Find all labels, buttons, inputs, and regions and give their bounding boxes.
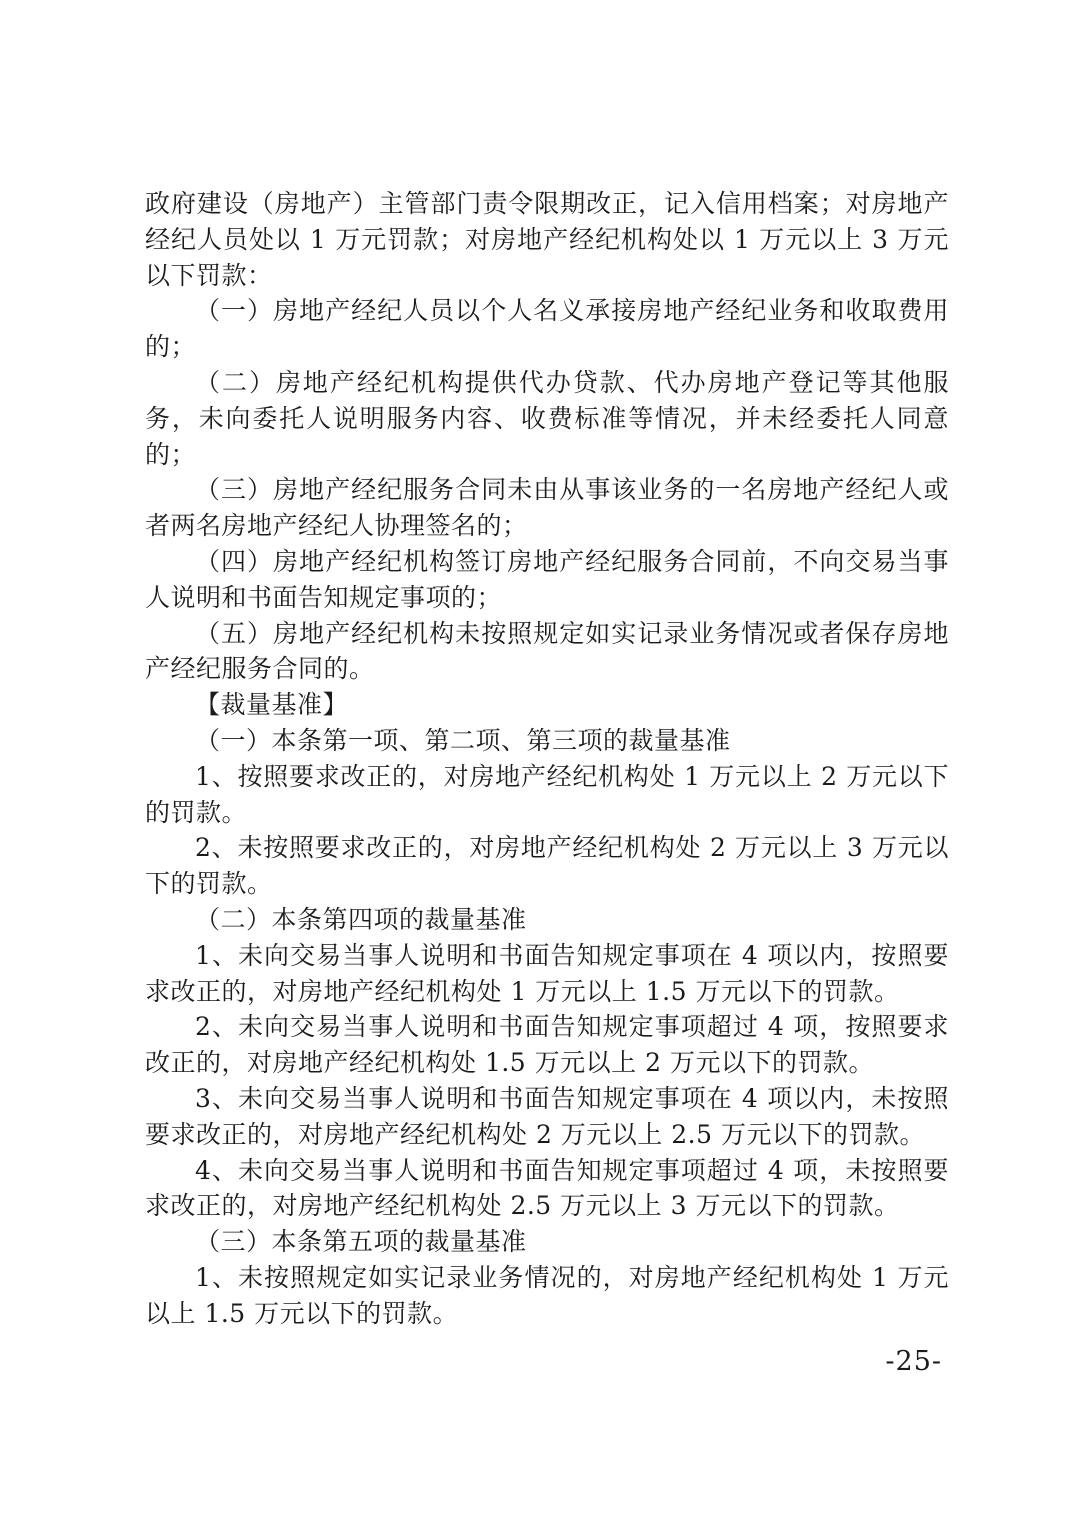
subsection-2-rule-3: 3、未向交易当事人说明和书面告知规定事项在 4 项以内，未按照要求改正的，对房地… (145, 1081, 949, 1153)
paragraph-penalty-intro: 政府建设（房地产）主管部门责令限期改正，记入信用档案；对房地产经纪人员处以 1 … (145, 186, 949, 293)
subsection-3-heading: （三）本条第五项的裁量基准 (145, 1224, 949, 1260)
heading-discretion-basis: 【裁量基准】 (145, 687, 949, 723)
violation-item-1: （一）房地产经纪人员以个人名义承接房地产经纪业务和收取费用的； (145, 293, 949, 365)
subsection-2-rule-1: 1、未向交易当事人说明和书面告知规定事项在 4 项以内，按照要求改正的，对房地产… (145, 938, 949, 1010)
violation-item-4: （四）房地产经纪机构签订房地产经纪服务合同前，不向交易当事人说明和书面告知规定事… (145, 544, 949, 616)
subsection-3-rule-1: 1、未按照规定如实记录业务情况的，对房地产经纪机构处 1 万元以上 1.5 万元… (145, 1260, 949, 1332)
subsection-1-heading: （一）本条第一项、第二项、第三项的裁量基准 (145, 723, 949, 759)
subsection-2-heading: （二）本条第四项的裁量基准 (145, 902, 949, 938)
subsection-1-rule-2: 2、未按照要求改正的，对房地产经纪机构处 2 万元以上 3 万元以下的罚款。 (145, 830, 949, 902)
page-number: -25- (885, 1346, 942, 1377)
subsection-2-rule-2: 2、未向交易当事人说明和书面告知规定事项超过 4 项，按照要求改正的，对房地产经… (145, 1009, 949, 1081)
document-page: 政府建设（房地产）主管部门责令限期改正，记入信用档案；对房地产经纪人员处以 1 … (0, 0, 1075, 1520)
subsection-1-rule-1: 1、按照要求改正的，对房地产经纪机构处 1 万元以上 2 万元以下的罚款。 (145, 759, 949, 831)
document-body: 政府建设（房地产）主管部门责令限期改正，记入信用档案；对房地产经纪人员处以 1 … (145, 186, 949, 1332)
subsection-2-rule-4: 4、未向交易当事人说明和书面告知规定事项超过 4 项，未按照要求改正的，对房地产… (145, 1153, 949, 1225)
violation-item-3: （三）房地产经纪服务合同未由从事该业务的一名房地产经纪人或者两名房地产经纪人协理… (145, 472, 949, 544)
violation-item-2: （二）房地产经纪机构提供代办贷款、代办房地产登记等其他服务，未向委托人说明服务内… (145, 365, 949, 472)
violation-item-5: （五）房地产经纪机构未按照规定如实记录业务情况或者保存房地产经纪服务合同的。 (145, 616, 949, 688)
